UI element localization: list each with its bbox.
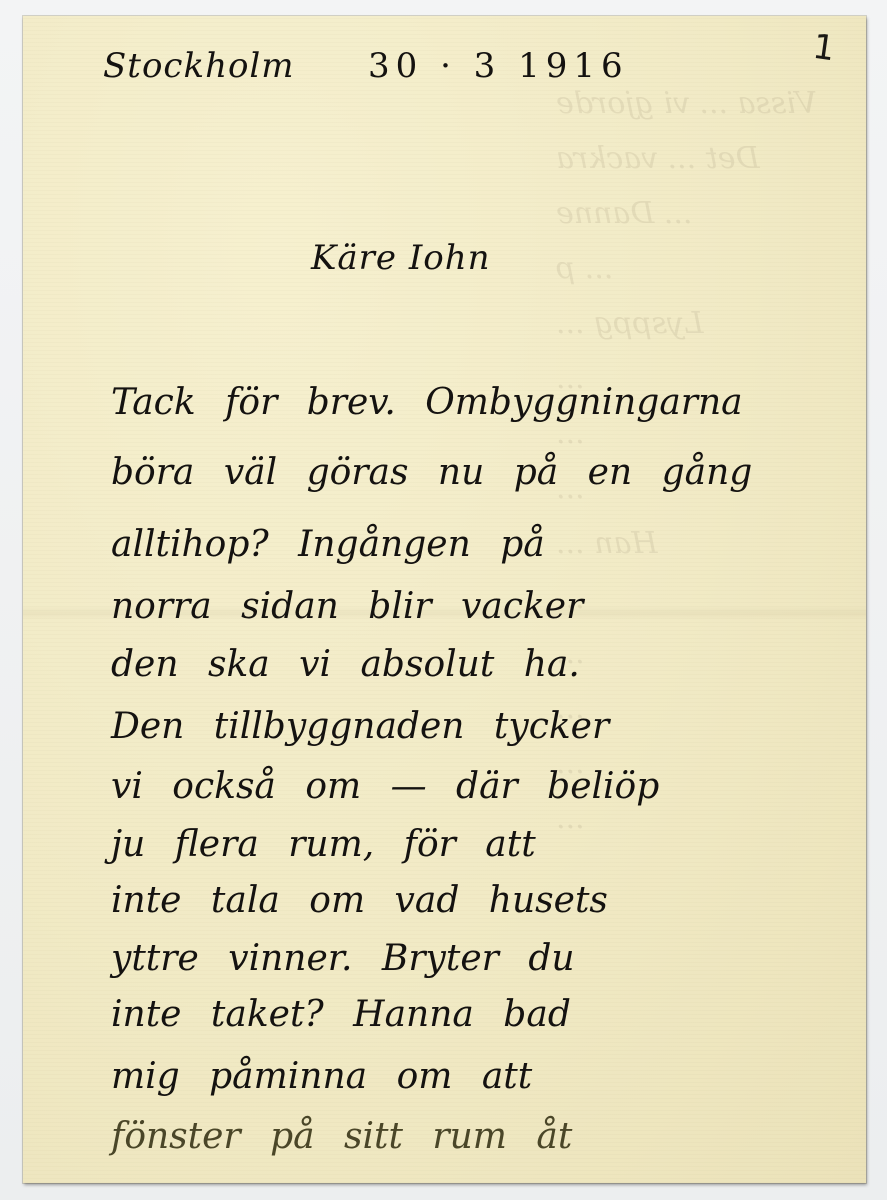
letter-line-9: inte tala om vad husets: [111, 880, 608, 921]
bleed-through-text: Vissa ... vi gjorde Det ... vackra ... D…: [556, 76, 856, 1076]
letter-line-12: mig påminna om att: [111, 1056, 532, 1097]
letter-line-4: norra sidan blir vacker: [111, 586, 583, 627]
letter-line-6: Den tillbyggnaden tycker: [111, 706, 609, 747]
page-number: 1: [810, 27, 837, 70]
letter-line-7: vi också om — där beliöp: [111, 766, 659, 807]
letter-date: 30 · 3 1916: [368, 46, 629, 86]
letter-line-5: den ska vi absolut ha.: [111, 644, 580, 685]
letter-salutation: Käre Iohn: [311, 238, 491, 278]
letter-line-2: böra väl göras nu på en gång: [111, 452, 752, 493]
letter-place: Stockholm: [103, 46, 295, 86]
letter-line-11: inte taket? Hanna bad: [111, 994, 571, 1035]
letter-line-3: alltihop? Ingången på: [111, 524, 545, 565]
letter-line-10: yttre vinner. Bryter du: [111, 938, 575, 979]
letter-line-1: Tack för brev. Ombyggningarna: [111, 382, 743, 423]
letter-paper: Vissa ... vi gjorde Det ... vackra ... D…: [23, 16, 866, 1183]
letter-line-8: ju flera rum, för att: [111, 824, 536, 865]
scanned-page: Vissa ... vi gjorde Det ... vackra ... D…: [0, 0, 887, 1200]
letter-line-13: fönster på sitt rum åt: [111, 1116, 572, 1157]
